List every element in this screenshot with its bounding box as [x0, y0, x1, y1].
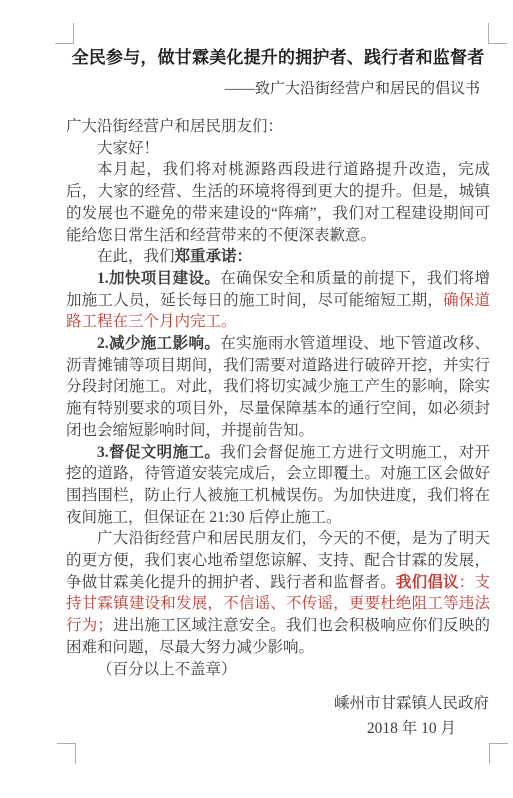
paragraph: 大家好！ [66, 138, 490, 160]
crop-mark-top-left [55, 23, 74, 44]
crop-mark-bottom-left [57, 743, 76, 764]
text-run: 3.督促文明施工。 [97, 444, 220, 461]
document-subtitle: ——致广大沿街经营户和居民的倡议书 [66, 79, 490, 99]
signoff-block: 嵊州市甘霖镇人民政府 2018 年 10 月 [66, 693, 490, 740]
text-run: 广大沿街经营户和居民朋友们： [66, 118, 283, 135]
text-run: 本月起，我们将对桃源路西段进行道路提升改造，完成后，大家的经营、生活的环境将得到… [66, 161, 490, 243]
paragraph: 在此，我们郑重承诺： [66, 246, 490, 268]
paragraph: 1.加快项目建设。在确保安全和质量的前提下，我们将增加施工人员，延长每日的施工时… [66, 268, 490, 333]
document-page: 全民参与，做甘霖美化提升的拥护者、践行者和监督者 ——致广大沿街经营户和居民的倡… [0, 0, 513, 798]
text-run: （百分以上不盖章） [97, 661, 237, 678]
text-run: 1.加快项目建设。 [97, 270, 220, 287]
document-content: 全民参与，做甘霖美化提升的拥护者、践行者和监督者 ——致广大沿街经营户和居民的倡… [66, 46, 490, 740]
signature-org: 嵊州市甘霖镇人民政府 [66, 693, 490, 715]
document-body: 广大沿街经营户和居民朋友们：大家好！本月起，我们将对桃源路西段进行道路提升改造，… [66, 116, 490, 680]
paragraph: 本月起，我们将对桃源路西段进行道路提升改造，完成后，大家的经营、生活的环境将得到… [66, 159, 490, 246]
signature-date: 2018 年 10 月 [66, 718, 490, 740]
text-run: 我们倡议 [396, 574, 459, 591]
paragraph: 2.减少施工影响。在实施雨水管道埋设、地下管道改移、沥青摊铺等项目期间，我们需要… [66, 333, 490, 442]
document-title: 全民参与，做甘霖美化提升的拥护者、践行者和监督者 [66, 46, 490, 70]
text-run: 大家好！ [97, 140, 159, 157]
paragraph: 广大沿街经营户和居民朋友们： [66, 116, 490, 138]
text-run: 在此，我们 [97, 248, 175, 265]
paragraph: （百分以上不盖章） [66, 659, 490, 681]
crop-mark-bottom-right [489, 743, 508, 764]
text-run: 进出施工区域注意安全。我们也会积极响应你们反映的困难和问题，尽最大努力减少影响。 [66, 617, 490, 656]
paragraph: 广大沿街经营户和居民朋友们，今天的不便，是为了明天的更方便，我们衷心地希望您谅解… [66, 528, 490, 658]
text-run: 2.减少施工影响。 [97, 335, 220, 352]
text-run: 郑重承诺： [175, 248, 253, 265]
paragraph: 3.督促文明施工。我们会督促施工方进行文明施工，对开挖的道路，待管道安装完成后，… [66, 442, 490, 529]
crop-mark-top-right [488, 23, 507, 44]
